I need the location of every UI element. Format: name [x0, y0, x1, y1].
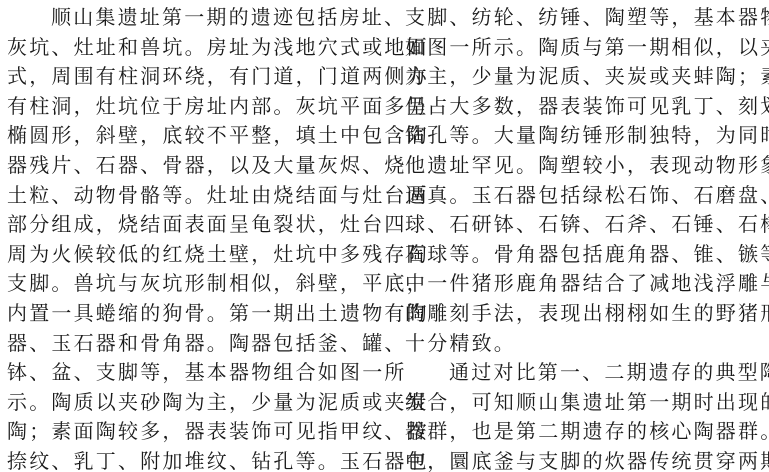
paragraph-line: 他遗址罕见。陶塑较小，表现动物形象生动: [405, 151, 765, 181]
paragraph-line: 钻孔等。大量陶纺锤形制独特，为同时期其: [405, 121, 765, 151]
paragraph-line: 的雕刻手法，表现出栩栩如生的野猪形象，: [405, 299, 765, 329]
paragraph-line: 土粒、动物骨骼等。灶址由烧结面与灶台两: [7, 181, 367, 211]
paragraph-line: 逼真。玉石器包括绿松石饰、石磨盘、石磨: [405, 181, 765, 211]
paragraph-line: 捺纹、乳丁、附加堆纹、钻孔等。玉石器包: [7, 447, 367, 472]
paragraph-line: 十分精致。: [405, 329, 765, 359]
paragraph-line: 器群，也是第二期遗存的核心陶器群。其: [405, 417, 765, 447]
paragraph-line: 石球等。骨角器包括鹿角器、锥、镞等，其: [405, 240, 765, 270]
paragraph-line: 式，周围有柱洞环绕，有门道，门道两侧亦: [7, 62, 367, 92]
paragraph-line: 灰坑、灶址和兽坑。房址为浅地穴式或地面: [7, 33, 367, 63]
paragraph-line: 通过对比第一、二期遗存的典型陶器: [405, 358, 765, 388]
paragraph-line: 球、石研钵、石锛、石斧、石锤、石棒、小: [405, 210, 765, 240]
paragraph-line: 中，圜底釜与支脚的炊器传统贯穿两期遗: [405, 447, 765, 472]
paragraph-line: 周为火候较低的红烧土壁，灶坑中多残存陶: [7, 240, 367, 270]
paragraph-line: 如图一所示。陶质与第一期相似，以夹砂陶: [405, 33, 765, 63]
paragraph-line: 支脚。兽坑与灰坑形制相似，斜壁，平底，: [7, 269, 367, 299]
paragraph-line: 器残片、石器、骨器，以及大量灰烬、烧: [7, 151, 367, 181]
paragraph-line: 部分组成，烧结面表面呈龟裂状，灶台四: [7, 210, 367, 240]
paragraph-line: 示。陶质以夹砂陶为主，少量为泥质或夹炭: [7, 388, 367, 418]
paragraph-line: 器、玉石器和骨角器。陶器包括釜、罐、: [7, 329, 367, 359]
paragraph-line: 为主，少量为泥质、夹炭或夹蚌陶；素面陶: [405, 62, 765, 92]
paragraph-line: 有柱洞，灶坑位于房址内部。灰坑平面多呈: [7, 92, 367, 122]
paragraph-line: 钵、盆、支脚等，基本器物组合如图一所: [7, 358, 367, 388]
paragraph-line: 中一件猪形鹿角器结合了减地浅浮雕与圆雕: [405, 269, 765, 299]
left-text-column: 顺山集遗址第一期的遗迹包括房址、 灰坑、灶址和兽坑。房址为浅地穴式或地面 式，周…: [7, 3, 367, 472]
paragraph-line: 仍占大多数，器表装饰可见乳丁、刻划纹、: [405, 92, 765, 122]
right-text-column: 支脚、纺轮、纺锤、陶塑等，基本器物组合 如图一所示。陶质与第一期相似，以夹砂陶 …: [405, 3, 765, 472]
paragraph-line: 组合，可知顺山集遗址第一期时出现的陶: [405, 388, 765, 418]
paragraph-line: 内置一具蜷缩的狗骨。第一期出土遗物有陶: [7, 299, 367, 329]
paragraph-line: 椭圆形，斜壁，底较不平整，填土中包含陶: [7, 121, 367, 151]
paragraph-line: 支脚、纺轮、纺锤、陶塑等，基本器物组合: [405, 3, 765, 33]
paragraph-line: 顺山集遗址第一期的遗迹包括房址、: [7, 3, 367, 33]
paragraph-line: 陶；素面陶较多，器表装饰可见指甲纹、按: [7, 417, 367, 447]
